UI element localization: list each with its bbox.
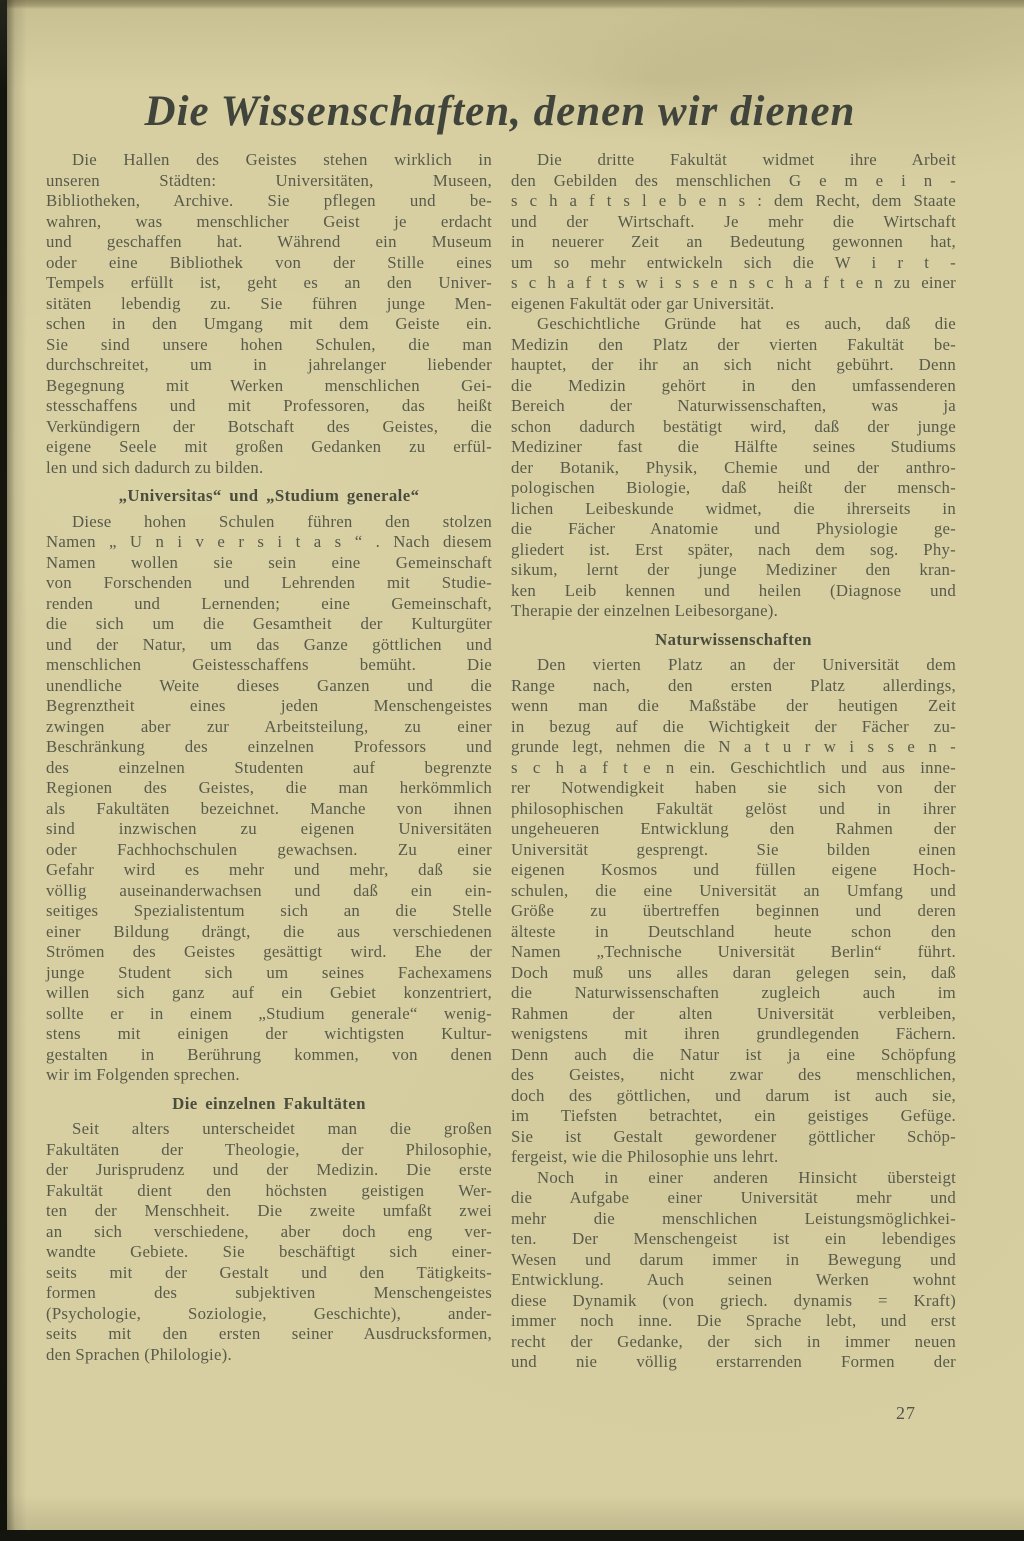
text-line: Tempels erfüllt ist, geht es an den Univ… bbox=[46, 273, 492, 294]
text-line: doch des göttlichen, und darum ist auch … bbox=[511, 1086, 956, 1107]
text-line: Den vierten Platz an der Universität dem bbox=[511, 655, 956, 676]
text-line: ten. Der Menschengeist ist ein lebendige… bbox=[511, 1229, 956, 1250]
text-line: fergeist, wie die Philosophie uns lehrt. bbox=[511, 1147, 956, 1168]
text-line: Fakultät dient den höchsten geistigen We… bbox=[46, 1181, 492, 1202]
text-line: Sie sind unsere hohen Schulen, die man bbox=[46, 335, 492, 356]
text-line: Strömen des Geistes gesättigt wird. Ehe … bbox=[46, 942, 492, 963]
text-line: schon dadurch bestätigt wird, daß der ju… bbox=[511, 417, 956, 438]
text-line: Rahmen der alten Universität verbleiben, bbox=[511, 1004, 956, 1025]
paragraph: Die Hallen des Geistes stehen wirklich i… bbox=[46, 150, 492, 478]
text-line: formen des subjektiven Menschengeistes bbox=[46, 1283, 492, 1304]
text-line: recht der Gedanke, der sich in immer neu… bbox=[511, 1332, 956, 1353]
text-line: diese Dynamik (von griech. dynamis = Kra… bbox=[511, 1291, 956, 1312]
text-line: oder eine Bibliothek von der Stille eine… bbox=[46, 253, 492, 274]
text-line: gliedert ist. Erst später, nach dem sog.… bbox=[511, 540, 956, 561]
text-line: um so mehr entwickeln sich die W i r t - bbox=[511, 253, 956, 274]
text-line: durchschreitet, um in jahrelanger lieben… bbox=[46, 355, 492, 376]
text-line: Noch in einer anderen Hinsicht übersteig… bbox=[511, 1168, 956, 1189]
text-line: eigenen Fakultät oder gar Universität. bbox=[511, 294, 956, 315]
text-line: Bereich der Naturwissenschaften, was ja bbox=[511, 396, 956, 417]
text-line: ken Leib kennen und heilen (Diagnose und bbox=[511, 581, 956, 602]
page-title: Die Wissenschaften, denen wir dienen bbox=[40, 86, 960, 138]
text-line: immer noch inne. Die Sprache lebt, und e… bbox=[511, 1311, 956, 1332]
text-line: eigene Seele mit großen Gedanken zu erfü… bbox=[46, 437, 492, 458]
top-scan-edge bbox=[0, 0, 1024, 9]
text-line: hauptet, der ihr an sich nicht gebührt. … bbox=[511, 355, 956, 376]
text-line: Entwicklung. Auch seinen Werken wohnt bbox=[511, 1270, 956, 1291]
section-heading: Die einzelnen Fakultäten bbox=[46, 1094, 492, 1115]
text-line: den Gebilden des menschlichen G e m e i … bbox=[511, 171, 956, 192]
section-heading: „Universitas“ und „Studium generale“ bbox=[46, 486, 492, 507]
scanned-book-page: { "page": { "title": "Die Wissenschaften… bbox=[0, 0, 1024, 1541]
text-line: die sich um die Gesamtheit der Kulturgüt… bbox=[46, 614, 492, 635]
paragraph: Den vierten Platz an der Universität dem… bbox=[511, 655, 956, 1168]
text-line: wenigstens mit ihren grundlegenden Fäche… bbox=[511, 1024, 956, 1045]
text-line: Wesen und darum immer in Bewegung und bbox=[511, 1250, 956, 1271]
text-line: Mediziner fast die Hälfte seines Studium… bbox=[511, 437, 956, 458]
binding-edge-stripe bbox=[0, 0, 7, 1541]
text-line: Geschichtliche Gründe hat es auch, daß d… bbox=[511, 314, 956, 335]
text-line: Universität gesprengt. Sie bilden einen bbox=[511, 840, 956, 861]
text-line: Medizin den Platz der vierten Fakultät b… bbox=[511, 335, 956, 356]
text-line: mehr die menschlichen Leistungsmöglichke… bbox=[511, 1209, 956, 1230]
text-line: in bezug auf die Wichtigkeit der Fächer … bbox=[511, 717, 956, 738]
text-line: Begrenztheit eines jeden Menschengeistes bbox=[46, 696, 492, 717]
text-line: schen in den Umgang mit dem Geiste ein. bbox=[46, 314, 492, 335]
text-line: Doch muß uns alles daran gelegen sein, d… bbox=[511, 963, 956, 984]
text-line: sitäten lebendig zu. Sie führen junge Me… bbox=[46, 294, 492, 315]
paragraph: Geschichtliche Gründe hat es auch, daß d… bbox=[511, 314, 956, 622]
text-line: Fakultäten der Theologie, der Philosophi… bbox=[46, 1140, 492, 1161]
text-line: grunde legt, nehmen die N a t u r w i s … bbox=[511, 737, 956, 758]
text-line: s c h a f t s l e b e n s : dem Recht, d… bbox=[511, 191, 956, 212]
text-line: des einzelnen Studenten auf begrenzte bbox=[46, 758, 492, 779]
text-line: len und sich dadurch zu bilden. bbox=[46, 458, 492, 479]
bottom-scan-edge bbox=[0, 1530, 1024, 1541]
text-line: in neuerer Zeit an Bedeutung gewonnen ha… bbox=[511, 232, 956, 253]
left-column: Die Hallen des Geistes stehen wirklich i… bbox=[46, 150, 492, 1365]
text-line: an sich verschiedene, aber doch eng ver- bbox=[46, 1222, 492, 1243]
text-line: und der Natur, um das Ganze göttlichen u… bbox=[46, 635, 492, 656]
text-line: Regionen des Geistes, die man herkömmlic… bbox=[46, 778, 492, 799]
paragraph: Diese hohen Schulen führen den stolzenNa… bbox=[46, 512, 492, 1086]
text-line: und der Wirtschaft. Je mehr die Wirtscha… bbox=[511, 212, 956, 233]
section-heading: Naturwissenschaften bbox=[511, 630, 956, 651]
text-line: völlig auseinanderwachsen und daß ein ei… bbox=[46, 881, 492, 902]
text-line: und geschaffen hat. Während ein Museum bbox=[46, 232, 492, 253]
text-line: (Psychologie, Soziologie, Geschichte), a… bbox=[46, 1304, 492, 1325]
text-line: ten der Menschheit. Die zweite umfaßt zw… bbox=[46, 1201, 492, 1222]
text-line: Bibliotheken, Archive. Sie pflegen und b… bbox=[46, 191, 492, 212]
text-line: s c h a f t e n ein. Geschichtlich und a… bbox=[511, 758, 956, 779]
text-line: sikum, lernt der junge Mediziner den kra… bbox=[511, 560, 956, 581]
text-line: als Fakultäten bezeichnet. Manche von ih… bbox=[46, 799, 492, 820]
text-line: sollte er in einem „Studium generale“ we… bbox=[46, 1004, 492, 1025]
text-line: rer Notwendigkeit haben sie sich von der bbox=[511, 778, 956, 799]
text-line: oder Fachhochschulen gewachsen. Zu einer bbox=[46, 840, 492, 861]
text-line: Namen „ U n i v e r s i t a s “ . Nach d… bbox=[46, 532, 492, 553]
text-line: wandte Gebiete. Sie beschäftigt sich ein… bbox=[46, 1242, 492, 1263]
text-line: s c h a f t s w i s s e n s c h a f t e … bbox=[511, 273, 956, 294]
text-line: philosophischen Fakultät gelöst und in i… bbox=[511, 799, 956, 820]
text-line: des Geistes, nicht zwar des menschlichen… bbox=[511, 1065, 956, 1086]
text-line: Die dritte Fakultät widmet ihre Arbeit bbox=[511, 150, 956, 171]
text-line: Die Hallen des Geistes stehen wirklich i… bbox=[46, 150, 492, 171]
text-line: von Forschenden und Lehrenden mit Studie… bbox=[46, 573, 492, 594]
text-line: gestalten in Berührung kommen, von denen bbox=[46, 1045, 492, 1066]
text-line: zwingen aber zur Arbeitsteilung, zu eine… bbox=[46, 717, 492, 738]
text-line: wahren, was menschlicher Geist je erdach… bbox=[46, 212, 492, 233]
text-line: Größe zu übertreffen beginnen und deren bbox=[511, 901, 956, 922]
text-line: Namen „Technische Universität Berlin“ fü… bbox=[511, 942, 956, 963]
text-line: unseren Städten: Universitäten, Museen, bbox=[46, 171, 492, 192]
text-line: einer Bildung drängt, die aus verschiede… bbox=[46, 922, 492, 943]
text-line: Beschränkung des einzelnen Professors un… bbox=[46, 737, 492, 758]
text-line: die Aufgabe einer Universität mehr und bbox=[511, 1188, 956, 1209]
paragraph: Noch in einer anderen Hinsicht übersteig… bbox=[511, 1168, 956, 1373]
text-line: stesschaffens und mit Professoren, das h… bbox=[46, 396, 492, 417]
right-column: Die dritte Fakultät widmet ihre Arbeitde… bbox=[511, 150, 956, 1373]
text-line: Sie ist Gestalt gewordener göttlicher Sc… bbox=[511, 1127, 956, 1148]
text-line: wir im Folgenden sprechen. bbox=[46, 1065, 492, 1086]
text-line: schulen, die eine Universität an Umfang … bbox=[511, 881, 956, 902]
text-line: die Naturwissenschaften zugleich auch im bbox=[511, 983, 956, 1004]
text-line: seits mit den ersten seiner Ausdrucksfor… bbox=[46, 1324, 492, 1345]
text-line: sind inzwischen zu eigenen Universitäten bbox=[46, 819, 492, 840]
text-line: willen sich ganz auf ein Gebiet konzentr… bbox=[46, 983, 492, 1004]
paragraph: Seit alters unterscheidet man die großen… bbox=[46, 1119, 492, 1365]
text-line: Therapie der einzelnen Leibesorgane). bbox=[511, 601, 956, 622]
text-line: Seit alters unterscheidet man die großen bbox=[46, 1119, 492, 1140]
text-line: ungeheueren Entwicklung den Rahmen der bbox=[511, 819, 956, 840]
text-line: unendliche Weite dieses Ganzen und die bbox=[46, 676, 492, 697]
text-line: lichen Leibeskunde widmet, die ihrerseit… bbox=[511, 499, 956, 520]
page-number: 27 bbox=[876, 1403, 936, 1424]
text-line: Verkündigern der Botschaft des Geistes, … bbox=[46, 417, 492, 438]
text-line: menschlichen Geistesschaffens bemüht. Di… bbox=[46, 655, 492, 676]
text-line: renden und Lernenden; eine Gemeinschaft, bbox=[46, 594, 492, 615]
text-line: Denn auch die Natur ist ja eine Schöpfun… bbox=[511, 1045, 956, 1066]
text-line: Namen wollen sie sein eine Gemeinschaft bbox=[46, 553, 492, 574]
text-line: und nie völlig erstarrenden Formen der bbox=[511, 1352, 956, 1373]
text-line: Gefahr wird es mehr und mehr, daß sie bbox=[46, 860, 492, 881]
text-line: junge Student sich um seines Fachexamens bbox=[46, 963, 492, 984]
text-line: den Sprachen (Philologie). bbox=[46, 1345, 492, 1366]
text-line: der Jurisprudenz und der Medizin. Die er… bbox=[46, 1160, 492, 1181]
text-line: wenn man die Maßstäbe der heutigen Zeit bbox=[511, 696, 956, 717]
text-line: seits mit der Gestalt und den Tätigkeits… bbox=[46, 1263, 492, 1284]
text-line: pologischen Biologie, daß heißt der mens… bbox=[511, 478, 956, 499]
text-line: Range nach, den ersten Platz allerdings, bbox=[511, 676, 956, 697]
text-line: im Tiefsten betrachtet, ein geistiges Ge… bbox=[511, 1106, 956, 1127]
text-line: seitiges Spezialistentum sich an die Ste… bbox=[46, 901, 492, 922]
text-line: älteste in Deutschland heute schon den bbox=[511, 922, 956, 943]
text-line: eigenen Kosmos und füllen eigene Hoch- bbox=[511, 860, 956, 881]
text-line: Begegnung mit Werken menschlichen Gei- bbox=[46, 376, 492, 397]
binding-edge-shadow bbox=[7, 0, 27, 1541]
text-line: die Medizin gehört in den umfassenderen bbox=[511, 376, 956, 397]
text-line: der Botanik, Physik, Chemie und der anth… bbox=[511, 458, 956, 479]
text-line: die Fächer Anatomie und Physiologie ge- bbox=[511, 519, 956, 540]
text-line: Diese hohen Schulen führen den stolzen bbox=[46, 512, 492, 533]
paragraph: Die dritte Fakultät widmet ihre Arbeitde… bbox=[511, 150, 956, 314]
text-line: stens mit einigen der wichtigsten Kultur… bbox=[46, 1024, 492, 1045]
